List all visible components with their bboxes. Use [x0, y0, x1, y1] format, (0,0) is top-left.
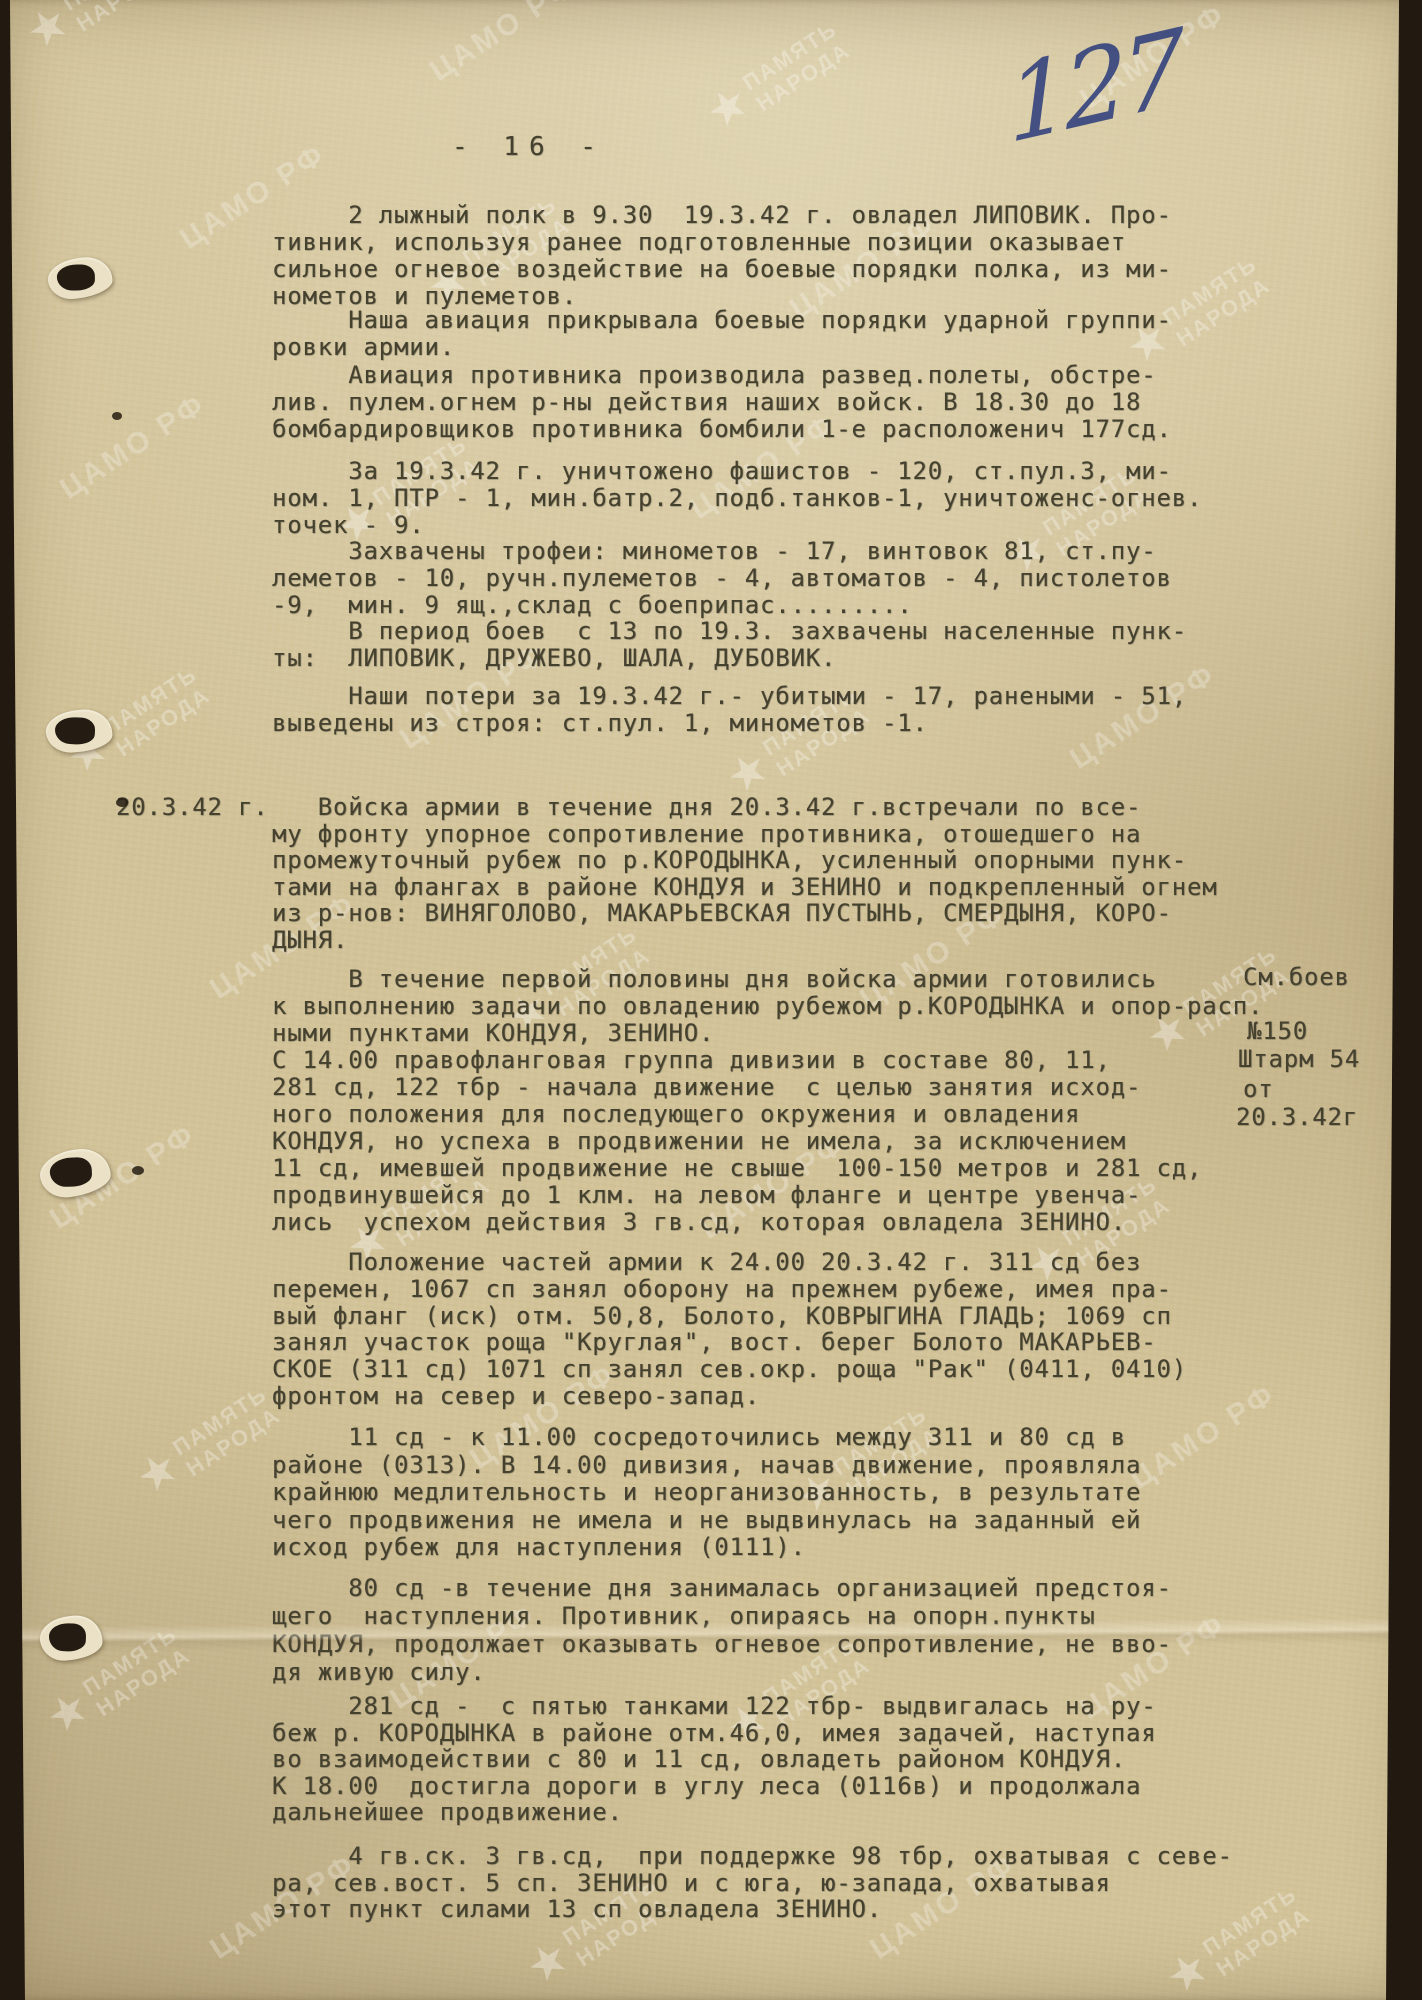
typed-paragraph-captured-towns: В период боев с 13 по 19.3. захвачены на… — [272, 618, 1187, 672]
punch-hole-tear — [46, 254, 114, 302]
typed-paragraph-trophies: Захвачены трофеи: минометов - 17, винтов… — [272, 538, 1172, 619]
document-scan-page: { "page": { "typed_page_number": "- 16 -… — [0, 0, 1422, 2000]
typed-paragraph-enemy-aviation: Авиация противника производила развед.по… — [272, 362, 1172, 443]
margin-note-shtarm: Штарм 54 — [1238, 1046, 1360, 1073]
star-icon: ★ — [699, 79, 756, 136]
margin-note-from: от — [1243, 1076, 1274, 1103]
watermark-text: ПАМЯТЬ НАРОДА — [1159, 252, 1276, 352]
typed-paragraph-4gvsk: 4 гв.ск. 3 гв.сд, при поддержке 98 тбр, … — [272, 1843, 1233, 1923]
star-icon: ★ — [19, 0, 76, 56]
watermark-camo-rf: ЦАМО РФ — [424, 0, 582, 89]
page-number-typed: - 16 - — [452, 134, 606, 161]
star-icon: ★ — [39, 1684, 96, 1741]
watermark-text: ПАМЯТЬ НАРОДА — [59, 0, 176, 37]
page-number-handwritten: 127 — [1004, 7, 1182, 167]
watermark-text: ПАМЯТЬ НАРОДА — [169, 1382, 286, 1482]
typed-paragraph-army-resistance: Войска армии в течение дня 20.3.42 г.вст… — [272, 794, 1217, 953]
star-icon: ★ — [129, 1444, 186, 1501]
paper-sheet: ★ПАМЯТЬ НАРОДАЦАМО РФ★ПАМЯТЬ НАРОДАЦАМО … — [0, 0, 1422, 2000]
star-icon: ★ — [1159, 1944, 1216, 2000]
margin-note-number: №150 — [1247, 1018, 1308, 1045]
ink-speck — [112, 412, 122, 420]
date-margin-label: 20.3.42 г. — [116, 794, 269, 821]
star-icon: ★ — [519, 1934, 576, 1991]
punch-hole-tear — [37, 1145, 113, 1201]
punch-hole-tear — [38, 1613, 104, 1662]
typed-paragraph-positions-2400: Положение частей армии к 24.00 20.3.42 г… — [272, 1249, 1187, 1410]
watermark-pamyat-naroda: ★ПАМЯТЬ НАРОДА — [129, 1382, 285, 1507]
ink-speck — [132, 1166, 144, 1175]
paper-crease — [0, 1618, 1422, 1653]
typed-paragraph-first-half-day: В течение первой половины дня войска арм… — [272, 966, 1263, 1236]
punch-hole-tear — [45, 708, 114, 755]
typed-paragraph-destroyed: За 19.3.42 г. уничтожено фашистов - 120,… — [272, 458, 1202, 539]
watermark-camo-rf: ЦАМО РФ — [54, 387, 212, 506]
typed-paragraph-our-losses: Наши потери за 19.3.42 г.- убитыми - 17,… — [272, 683, 1187, 737]
margin-note-source: См.боев — [1243, 964, 1350, 991]
watermark-pamyat-naroda: ★ПАМЯТЬ НАРОДА — [19, 0, 175, 62]
typed-paragraph-our-aviation: Наша авиация прикрывала боевые порядки у… — [272, 307, 1172, 361]
margin-note-date: 20.3.42г — [1236, 1104, 1358, 1131]
typed-paragraph-281sd: 281 сд - с пятью танками 122 тбр- выдвиг… — [272, 1693, 1156, 1826]
watermark-pamyat-naroda: ★ПАМЯТЬ НАРОДА — [699, 17, 855, 142]
typed-paragraph-skier-regiment: 2 лыжный полк в 9.30 19.3.42 г. овладел … — [272, 202, 1172, 310]
watermark-text: ПАМЯТЬ НАРОДА — [739, 17, 856, 117]
typed-paragraph-11sd: 11 сд - к 11.00 сосредоточились между 31… — [272, 1424, 1141, 1562]
watermark-text: ПАМЯТЬ НАРОДА — [99, 662, 216, 762]
ink-speck — [116, 798, 128, 807]
